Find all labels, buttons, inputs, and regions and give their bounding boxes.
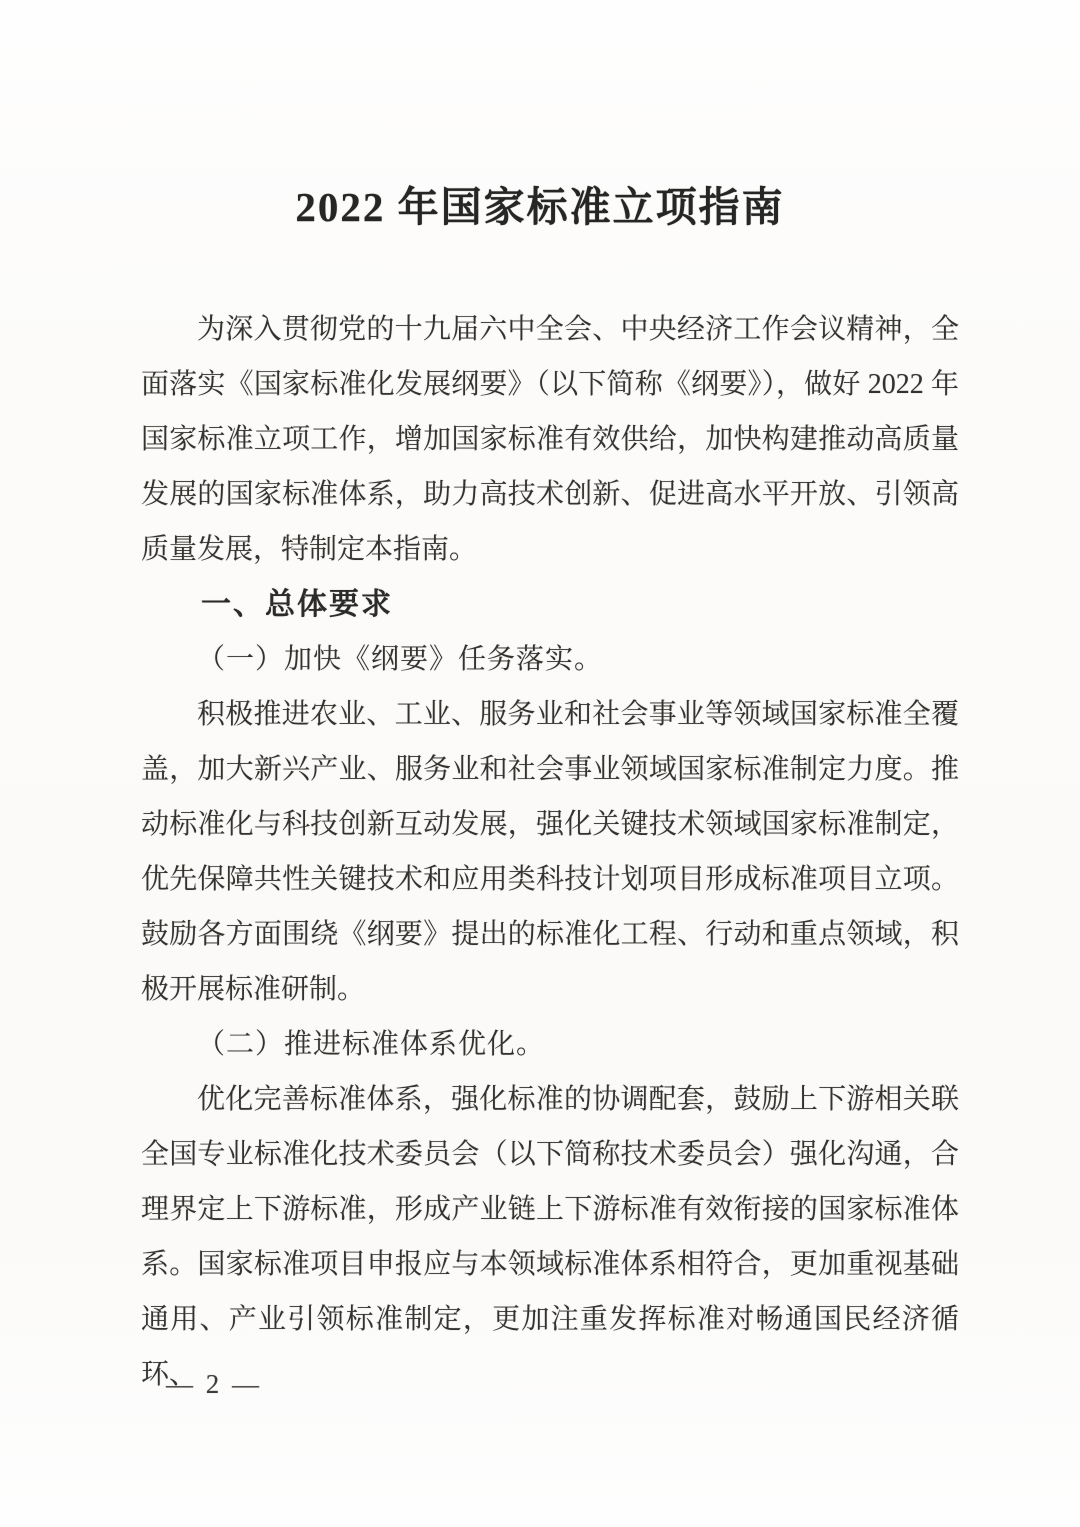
page-number: — 2 —: [166, 1364, 262, 1404]
intro-paragraph: 为深入贯彻党的十九届六中全会、中央经济工作会议精神，全面落实《国家标准化发展纲要…: [141, 302, 959, 577]
paragraph-outline-tasks: 积极推进农业、工业、服务业和社会事业等领域国家标准全覆盖，加大新兴产业、服务业和…: [141, 687, 959, 1017]
scanned-document-page: 2022 年国家标准立项指南 为深入贯彻党的十九届六中全会、中央经济工作会议精神…: [0, 0, 1080, 1527]
subsection-heading-outline-implementation: （一）加快《纲要》任务落实。: [141, 632, 959, 687]
document-title: 2022 年国家标准立项指南: [0, 174, 1080, 233]
document-body: 为深入贯彻党的十九届六中全会、中央经济工作会议精神，全面落实《国家标准化发展纲要…: [141, 302, 959, 1402]
section-heading-overall-requirements: 一、总体要求: [141, 577, 959, 632]
subsection-heading-system-optimization: （二）推进标准体系优化。: [141, 1017, 959, 1072]
paragraph-system-optimization: 优化完善标准体系，强化标准的协调配套，鼓励上下游相关联全国专业标准化技术委员会（…: [141, 1072, 959, 1402]
